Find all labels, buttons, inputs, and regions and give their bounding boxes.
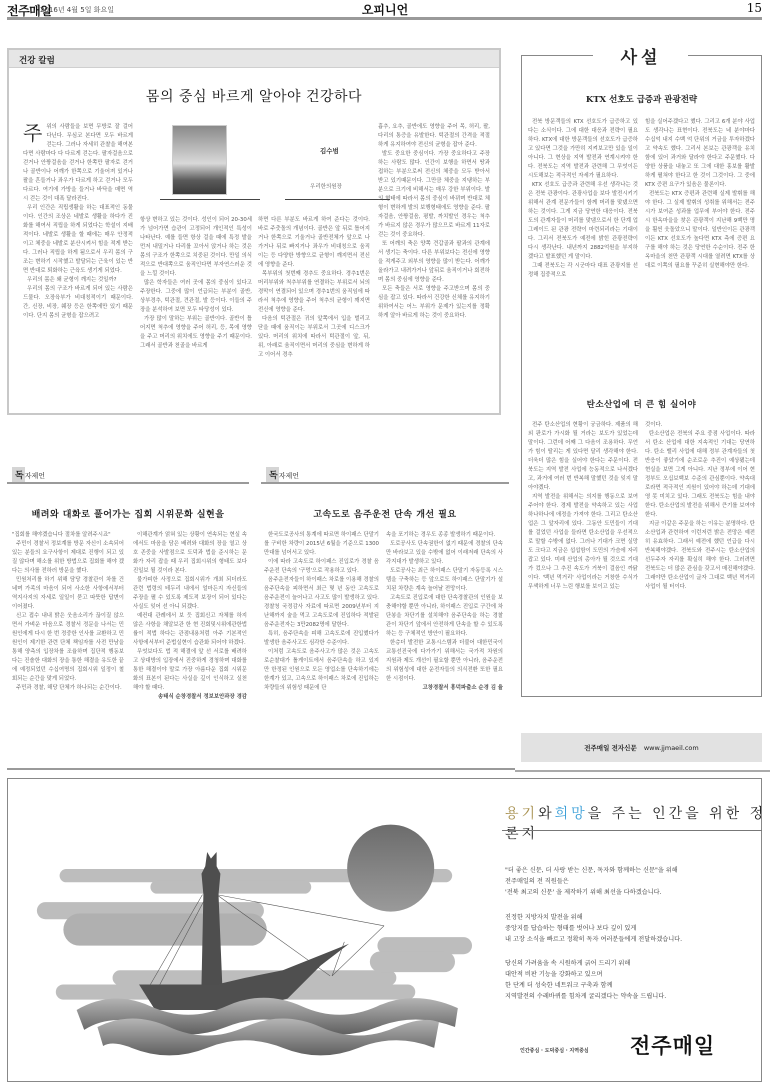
reader-2-col-1: 한국도로공사의 통계에 따르면 하이패스 단말기를 구비한 차량이 2015년 … [264,531,379,693]
reader-title-1: 배려와 대화로 풀어가는 집회 시위문화 실현을 [7,507,249,520]
ad-logo: 전주매일 [630,1030,715,1060]
editorial-2-col-2: 것이다. 탄소산업은 전북의 주요 중점 사업이다. 따라서 탄소 산업에 대한… [645,421,755,592]
ship-illustration [10,800,480,1080]
ad-slogan: 용기와희망을 주는 인간을 위한 정론지 [505,803,770,843]
reader-tag-2: 독자제언 [266,467,299,481]
health-column-title: 몸의 중심 바르게 알아야 건강하다 [7,86,501,106]
reader-1-signature: 송태식 순창경찰서 정보보안과장 경감 [133,693,247,702]
reader-title-2: 고속도로 음주운전 단속 개선 필요 [261,507,509,520]
ad-rule [502,830,762,831]
e-paper-bar: 전주매일 전자신문 www.jjmaeil.com [521,733,762,762]
ad-subtitle: 인간중심 · 도덕중심 · 지역중심 [520,1047,589,1054]
masthead-rule [7,17,762,20]
author-role: 우리한의원장 [310,182,342,190]
editorial-1-col-1: 전북 방문객들의 KTX 선호도가 급증하고 있다는 소식이다. 그에 대한 대… [528,118,638,280]
photo-rule [160,199,260,200]
health-column-label: 건강 칼럼 [9,50,499,68]
health-col-3: 하면 다른 부분도 바르게 하여 준다는 것이다. 바로 주춧돌의 개념이다. … [258,216,370,360]
editorial-1-col-2: 힘을 실어주겠다고 했다. 그리고 6개 분야 사업도 생각나는 표현이다. 전… [645,118,755,271]
health-col-1: 주위의 사람들을 보면 무방로 잘 걸어 다닌다. 무심코 본다면 모두 바르게… [23,123,133,321]
health-col-2: 항상 변하고 있는 것이다. 성인이 되어 20-30세가 넘어가면 습관이 고… [140,216,252,351]
dropcap: 주 [23,124,42,142]
author-name: 김수범 [320,146,339,155]
e-paper-url[interactable]: www.jjmaeil.com [644,744,699,752]
editorial-title-1: KTX 선호도 급증과 관광전략 [521,93,762,105]
reader-2-signature: 고창경찰서 흥덕파출소 순경 김 율 [386,684,503,693]
page-number: 15 [747,1,762,15]
masthead-date: 2016년 4월 5일 화요일 [40,5,114,15]
editorial-top-rule-left [521,55,593,56]
section-title: 오피니언 [345,1,425,18]
reader-tag-1: 독자제언 [12,467,45,481]
right-bottom-rule [515,770,770,772]
ad-paragraph-1: "더 좋은 신문, 더 사랑 받는 신문, 독자와 함께하는 신문"을 위해 전… [505,865,678,898]
left-bottom-rule [7,768,515,770]
editorial-top-rule-right [688,55,762,56]
editorial-2-col-1: 전주 탄소산업의 현황이 궁금하다. 제품의 해외 판로가 가시화 될 거라는 … [528,421,638,592]
reader-1-col-2: 이해관계가 얽혀 있는 상황이 연속되는 현실 속에서도 마음을 담은 배려와 … [133,531,247,702]
ad-paragraph-3: 당신의 가려움을 속 시원하게 긁어 드리기 위해 대안적 비판 기능을 강화하… [505,958,666,1002]
ad-paragraph-2: 진정한 지방자치 발전을 위해 중앙지를 답습하는 형태를 벗어나 보다 깊이 … [505,912,682,945]
editorial-title-2: 탄소산업에 더 큰 힘 실어야 [521,398,762,410]
author-photo [172,125,227,195]
reader-rule-2 [261,482,509,484]
editorial-header: 사설 [595,43,687,68]
byline-rule [285,199,390,200]
e-paper-label: 전주매일 전자신문 [584,744,637,752]
reader-2-col-2: 속을 포기하는 경우도 종종 발생하기 때문이다. 도로공사도 단속권한이 없기… [386,531,503,693]
reader-rule-1 [7,482,249,484]
reader-1-col-1: "집회를 해야겠습니다 절차를 알려주시죠" 주민이 경찰서 정보계를 방문 자… [12,531,124,693]
health-col-4: 흉추, 요추, 골반에도 영향을 주어 목, 허리, 팔, 다리의 통증을 유발… [378,123,490,321]
